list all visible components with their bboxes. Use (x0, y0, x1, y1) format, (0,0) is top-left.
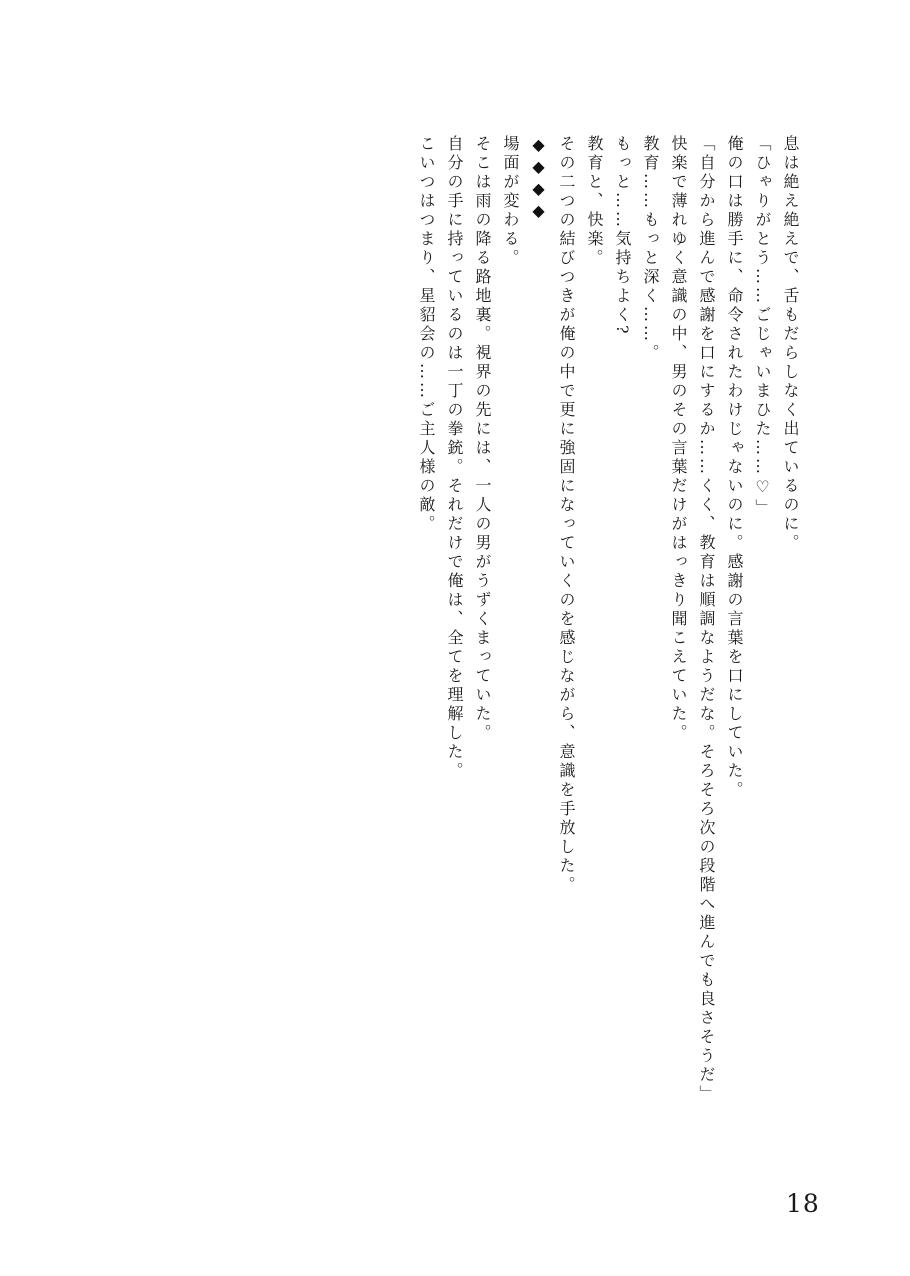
dialogue-line: 「自分から進んで感謝を口にするか……くく、教育は順調なようだな。そろそろ次の段階… (692, 135, 720, 1135)
text-line: 教育……もっと深く……。 (636, 135, 664, 1135)
text-line: こいつはつまり、星貂会の……ご主人様の敵。 (412, 135, 440, 1135)
novel-page: 息は絶え絶えで、舌もだらしなく出ているのに。 「ひゃりがとう……ごじゃいまひた…… (0, 0, 910, 1276)
text-line: 俺の口は勝手に、命令されたわけじゃないのに。感謝の言葉を口にしていた。 (720, 135, 748, 1135)
section-separator-diamonds: ◆◆◆◆ (524, 135, 552, 1135)
text-line: 教育と、快楽。 (580, 135, 608, 1135)
text-line: 自分の手に持っているのは一丁の拳銃。それだけで俺は、全てを理解した。 (440, 135, 468, 1135)
text-line: その二つの結びつきが俺の中で更に強固になっていくのを感じながら、意識を手放した。 (552, 135, 580, 1135)
text-line: 息は絶え絶えで、舌もだらしなく出ているのに。 (776, 135, 804, 1135)
text-line: もっと……気持ちよく? (608, 135, 636, 1135)
text-line: 快楽で薄れゆく意識の中、男のその言葉だけがはっきり聞こえていた。 (664, 135, 692, 1135)
text-line: そこは雨の降る路地裏。視界の先には、一人の男がうずくまっていた。 (468, 135, 496, 1135)
dialogue-line: 「ひゃりがとう……ごじゃいまひた……♡」 (748, 135, 776, 1135)
page-number: 18 (786, 1189, 820, 1218)
text-line: 場面が変わる。 (496, 135, 524, 1135)
vertical-text-block: 息は絶え絶えで、舌もだらしなく出ているのに。 「ひゃりがとう……ごじゃいまひた…… (412, 135, 804, 1135)
